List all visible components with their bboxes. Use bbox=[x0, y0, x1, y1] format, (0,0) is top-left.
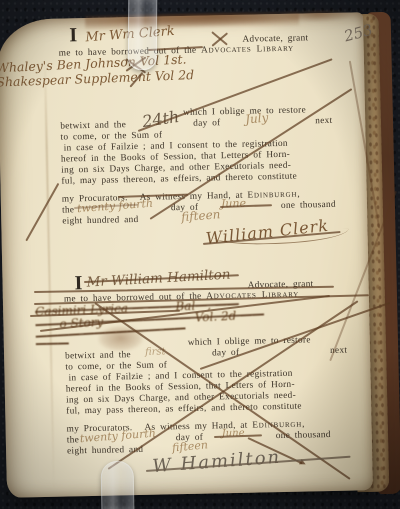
photograph-of-borrowing-register: I Mr Wm Clerk Advocate, grant me to have… bbox=[0, 0, 400, 509]
photo-vignette bbox=[0, 0, 400, 509]
